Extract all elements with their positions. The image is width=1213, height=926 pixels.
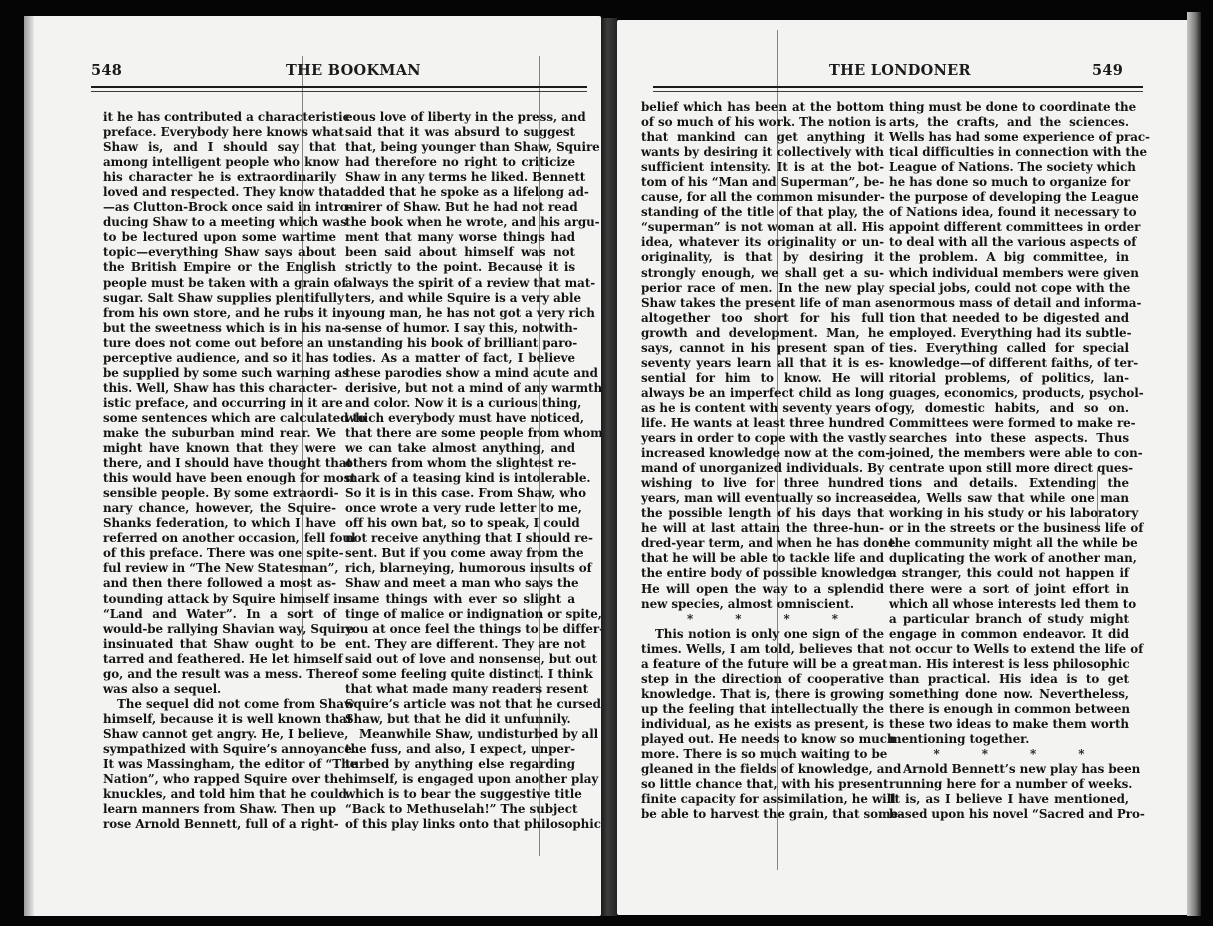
film-scratch — [777, 30, 778, 870]
text-line: working in his study or his laboratory — [889, 506, 1129, 521]
text-line: appoint different committees in order — [889, 220, 1129, 235]
text-line: duplicating the work of another man, — [889, 551, 1129, 566]
text-line: So it is in this case. From Shaw, who — [345, 486, 575, 501]
film-scratch — [539, 56, 540, 856]
text-line: ogy, domestic habits, and so on. — [889, 401, 1129, 416]
header-rule-thin — [91, 91, 587, 92]
text-line: young man, he has not got a very rich — [345, 306, 575, 321]
text-line: dred-year term, and when he has done — [641, 536, 884, 551]
text-column-2: thing must be done to coordinate thearts… — [889, 100, 1129, 822]
text-line: It was Massingham, the editor of “The — [103, 757, 336, 772]
text-line: of this play links onto that philosophic — [345, 817, 575, 832]
text-line: that there are some people from whom — [345, 426, 575, 441]
text-line: knuckles, and told him that he could — [103, 787, 336, 802]
text-line: mark of a teasing kind is intolerable. — [345, 471, 575, 486]
text-line: there is enough in common between — [889, 702, 1129, 717]
text-line: he has done so much to organize for — [889, 175, 1129, 190]
text-line: He will open the way to a splendid — [641, 582, 884, 597]
text-line: years in order to cope with the vastly — [641, 431, 884, 446]
text-line: tinge of malice or indignation or spite, — [345, 607, 575, 622]
text-line: as he is content with seventy years of — [641, 401, 884, 416]
text-line: more. There is so much waiting to be — [641, 747, 884, 762]
text-line: that what made many readers resent — [345, 682, 575, 697]
text-line: ritorial problems, of politics, lan- — [889, 371, 1129, 386]
text-line: Arnold Bennett’s new play has been — [889, 762, 1129, 777]
text-line: not occur to Wells to extend the life of — [889, 642, 1129, 657]
text-line: something done now. Nevertheless, — [889, 687, 1129, 702]
text-line: ment that many worse things had — [345, 230, 575, 245]
film-scratch — [302, 56, 303, 646]
text-line: tion that needed to be digested and — [889, 311, 1129, 326]
text-line: tarred and feathered. He let himself — [103, 652, 336, 667]
text-line: always the spirit of a review that mat- — [345, 276, 575, 291]
text-line: sympathized with Squire’s annoyance. — [103, 742, 336, 757]
text-line: which everybody must have noticed, — [345, 411, 575, 426]
text-line: Wells has had some experience of prac- — [889, 130, 1129, 145]
page-edge-shadow — [1187, 12, 1201, 916]
text-line: himself, is engaged upon another play — [345, 772, 575, 787]
text-line: the problem. A big committee, in — [889, 250, 1129, 265]
page-edge-shadow — [24, 16, 34, 916]
text-line: seventy years learn all that it is es- — [641, 356, 884, 371]
text-line: League of Nations. The society which — [889, 160, 1129, 175]
text-line: a particular branch of study might — [889, 612, 1129, 627]
text-line: you at once feel the things to be differ… — [345, 622, 575, 637]
right-page: THE LONDONER 549 belief which has been a… — [617, 20, 1189, 915]
text-line: sent. But if you come away from the — [345, 546, 575, 561]
text-line: searches into these aspects. Thus — [889, 431, 1129, 446]
text-line: which all whose interests led them to — [889, 597, 1129, 612]
text-line: which is to bear the suggestive title — [345, 787, 575, 802]
header-rule — [91, 86, 587, 88]
text-line: based upon his novel “Sacred and Pro- — [889, 807, 1129, 822]
text-line: Shaw cannot get angry. He, I believe, — [103, 727, 336, 742]
text-line: altogether too short for his full — [641, 311, 884, 326]
text-line: the fuss, and also, I expect, unper- — [345, 742, 575, 757]
text-line: been said about himself was not — [345, 245, 575, 260]
text-line: knowledge—of different faiths, of ter- — [889, 356, 1129, 371]
header-rule — [653, 86, 1143, 88]
text-line: learn manners from Shaw. Then up — [103, 802, 336, 817]
text-line: perior race of men. In the new play — [641, 281, 884, 296]
header-rule-thin — [653, 91, 1143, 92]
text-line: sential for him to know. He will — [641, 371, 884, 386]
text-line: the purpose of developing the League — [889, 190, 1129, 205]
text-line: Committees were formed to make re- — [889, 416, 1129, 431]
text-line: or in the streets or the business life o… — [889, 521, 1129, 536]
text-line: eous love of liberty in the press, and — [345, 110, 575, 125]
text-column-2: eous love of liberty in the press, andsa… — [345, 110, 575, 832]
text-line: be able to harvest the grain, that some- — [641, 807, 884, 822]
text-line: turbed by anything else regarding — [345, 757, 575, 772]
text-line: Shaw, but that he did it unfunnily. — [345, 712, 575, 727]
text-line: arts, the crafts, and the sciences. — [889, 115, 1129, 130]
text-line: Shaw and meet a man who says the — [345, 576, 575, 591]
text-line: thing must be done to coordinate the — [889, 100, 1129, 115]
text-line: rose Arnold Bennett, full of a right- — [103, 817, 336, 832]
text-line: mand of unorganized individuals. By — [641, 461, 884, 476]
text-line: these parodies show a mind acute and — [345, 366, 575, 381]
text-line: ent. They are different. They are not — [345, 637, 575, 652]
text-column-1: belief which has been at the bottomof so… — [641, 100, 884, 822]
text-line: running here for a number of weeks. — [889, 777, 1129, 792]
text-line: idea, whatever its originality or un- — [641, 235, 884, 250]
text-line: years, man will eventually so increase — [641, 491, 884, 506]
text-line: engage in common endeavor. It did — [889, 627, 1129, 642]
text-line: that mankind can get anything it — [641, 130, 884, 145]
text-line: had therefore no right to criticize — [345, 155, 575, 170]
text-line: guages, economics, products, psychol- — [889, 386, 1129, 401]
text-line: wants by desiring it collectively with — [641, 145, 884, 160]
text-line: growth and development. Man, he — [641, 326, 884, 341]
text-line: cause, for all the common misunder- — [641, 190, 884, 205]
text-line: dies. As a matter of fact, I believe — [345, 351, 575, 366]
text-line: strongly enough, we shall get a su- — [641, 266, 884, 281]
text-line: times. Wells, I am told, believes that — [641, 642, 884, 657]
text-line: step in the direction of cooperative — [641, 672, 884, 687]
text-line: that he will be able to tackle life and — [641, 551, 884, 566]
text-line: centrate upon still more direct ques- — [889, 461, 1129, 476]
text-line: added that he spoke as a lifelong ad- — [345, 185, 575, 200]
text-line: not receive anything that I should re- — [345, 531, 575, 546]
text-line: ters, and while Squire is a very able — [345, 291, 575, 306]
text-line: says, cannot in his present span of — [641, 341, 884, 356]
text-line: which individual members were given — [889, 266, 1129, 281]
text-line: we can take almost anything, and — [345, 441, 575, 456]
text-line: new species, almost omniscient. — [641, 597, 884, 612]
text-line: than practical. His idea is to get — [889, 672, 1129, 687]
text-line: life. He wants at least three hundred — [641, 416, 884, 431]
text-line: a stranger, this could not happen if — [889, 566, 1129, 581]
text-line: the community might all the while be — [889, 536, 1129, 551]
text-line: these two ideas to make them worth — [889, 717, 1129, 732]
running-head: THE LONDONER — [829, 62, 971, 82]
text-line: the book when he wrote, and his argu- — [345, 215, 575, 230]
text-line: mirer of Shaw. But he had not read — [345, 200, 575, 215]
text-line: tom of his “Man and Superman”, be- — [641, 175, 884, 190]
text-line: the entire body of possible knowledge. — [641, 566, 884, 581]
text-line: derisive, but not a mind of any warmth — [345, 381, 575, 396]
text-line: of so much of his work. The notion is — [641, 115, 884, 130]
text-line: said out of love and nonsense, but out — [345, 652, 575, 667]
text-line: belief which has been at the bottom — [641, 100, 884, 115]
text-line: wishing to live for three hundred — [641, 476, 884, 491]
text-line: individual, as he exists as present, is — [641, 717, 884, 732]
text-line: joined, the members were able to con- — [889, 446, 1129, 461]
text-line: go, and the result was a mess. There — [103, 667, 336, 682]
text-line: up the feeling that intellectually the — [641, 702, 884, 717]
text-line: Squire’s article was not that he cursed — [345, 697, 575, 712]
text-line: a feature of the future will be a great — [641, 657, 884, 672]
text-line: that, being younger than Shaw, Squire — [345, 140, 575, 155]
text-line: man. His interest is less philosophic — [889, 657, 1129, 672]
text-line: always be an imperfect child as long — [641, 386, 884, 401]
text-line: once wrote a very rude letter to me, — [345, 501, 575, 516]
text-line: sufficient intensity. It is at the bot- — [641, 160, 884, 175]
text-line: standing his book of brilliant paro- — [345, 336, 575, 351]
section-break: * * * * — [889, 747, 1129, 762]
text-line: knowledge. That is, there is growing — [641, 687, 884, 702]
text-line: increased knowledge now at the com- — [641, 446, 884, 461]
text-line: tions and details. Extending the — [889, 476, 1129, 491]
text-line: Shaw in any terms he liked. Bennett — [345, 170, 575, 185]
text-line: strictly to the point. Because it is — [345, 260, 575, 275]
text-line: standing of the title of that play, the — [641, 205, 884, 220]
text-line: It is, as I believe I have mentioned, — [889, 792, 1129, 807]
page-number: 548 — [91, 62, 122, 82]
text-line: and color. Now it is a curious thing, — [345, 396, 575, 411]
text-line: mentioning together. — [889, 732, 1129, 747]
text-line: finite capacity for assimilation, he wil… — [641, 792, 884, 807]
text-line: Shaw takes the present life of man as — [641, 296, 884, 311]
text-line: himself, because it is well known that — [103, 712, 336, 727]
text-line: This notion is only one sign of the — [641, 627, 884, 642]
text-line: said that it was absurd to suggest — [345, 125, 575, 140]
text-line: Nation”, who rapped Squire over the — [103, 772, 336, 787]
text-line: he will at last attain the three-hun- — [641, 521, 884, 536]
left-page: 548 THE BOOKMAN it he has contributed a … — [24, 16, 601, 916]
text-line: rich, blarneying, humorous insults of — [345, 561, 575, 576]
text-line: others from whom the slightest re- — [345, 456, 575, 471]
text-line: off his own bat, so to speak, I could — [345, 516, 575, 531]
book-gutter — [601, 18, 617, 916]
section-break: * * * * — [641, 612, 884, 627]
text-line: “Back to Methuselah!” The subject — [345, 802, 575, 817]
text-line: the possible length of his days that — [641, 506, 884, 521]
text-line: “superman” is not woman at all. His — [641, 220, 884, 235]
text-line: gleaned in the fields of knowledge, and — [641, 762, 884, 777]
text-line: was also a sequel. — [103, 682, 336, 697]
text-line: enormous mass of detail and informa- — [889, 296, 1129, 311]
text-line: Meanwhile Shaw, undisturbed by all — [345, 727, 575, 742]
text-line: ties. Everything called for special — [889, 341, 1129, 356]
text-line: to deal with all the various aspects of — [889, 235, 1129, 250]
running-head: THE BOOKMAN — [286, 62, 421, 82]
film-scratch — [1097, 470, 1098, 530]
text-line: employed. Everything had its subtle- — [889, 326, 1129, 341]
text-line: of Nations idea, found it necessary to — [889, 205, 1129, 220]
text-line: special jobs, could not cope with the — [889, 281, 1129, 296]
text-line: of some feeling quite distinct. I think — [345, 667, 575, 682]
text-line: there were a sort of joint effort in — [889, 582, 1129, 597]
text-line: originality, is that by desiring it — [641, 250, 884, 265]
text-line: played out. He needs to know so much — [641, 732, 884, 747]
page-number: 549 — [1092, 62, 1123, 82]
text-line: so little chance that, with his present — [641, 777, 884, 792]
text-line: sense of humor. I say this, notwith- — [345, 321, 575, 336]
text-line: The sequel did not come from Shaw — [103, 697, 336, 712]
text-line: idea, Wells saw that while one man — [889, 491, 1129, 506]
text-line: tical difficulties in connection with th… — [889, 145, 1129, 160]
text-line: same things with ever so slight a — [345, 592, 575, 607]
